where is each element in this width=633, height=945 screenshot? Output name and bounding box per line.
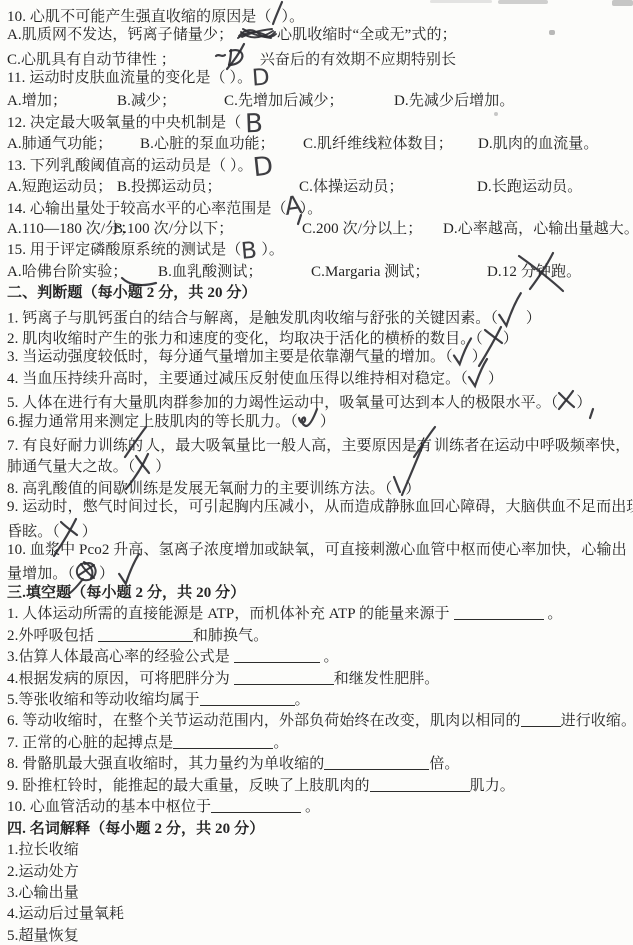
printed-text: 三.填空题（每小题 2 分，共 20 分）	[7, 585, 245, 601]
printed-text: 心肌收缩时“全或无”式的；	[277, 27, 457, 43]
options-row-3: C.心肌具有自动节律性 ；兴奋后的有效期不应期特别长	[0, 47, 633, 68]
option-item: A.哈佛台阶实验；	[7, 262, 127, 282]
judgment-statement-19: 5. 人体在进行有大量肌肉群参加的力竭性运动中，吸氧量可达到本人的极限水平。（）	[0, 390, 633, 411]
scan-artifact	[430, 0, 492, 3]
option-item: B.减少；	[117, 91, 176, 111]
question-stem-8: 13. 下列乳酸阈值高的运动员是（ ）。D	[0, 154, 633, 175]
judgment-statement-25: 昏眩。（ ）	[0, 519, 633, 540]
option-text: D.心率越高，心输出量越大。	[443, 221, 633, 237]
handwritten-cross	[135, 454, 151, 477]
answer-blank	[521, 713, 561, 727]
printed-text: 15. 用于评定磷酸原系统的测试是（	[7, 242, 241, 258]
handwritten-circle-scribble	[75, 561, 99, 584]
printed-text: ）。	[261, 242, 284, 258]
printed-text: 4.运动后过量氧耗	[7, 906, 124, 922]
option-text: C.Margaria 测试；	[311, 264, 430, 280]
option-text: C.200 次/分以上；	[302, 221, 422, 237]
handwritten-cross	[517, 260, 567, 283]
printed-text: 1. 人体运动所需的直接能源是 ATP，而机体补充 ATP 的能量来源于	[7, 606, 454, 622]
printed-text: 14. 心输出量处于较高水平的心率范围是（	[7, 201, 287, 217]
fill-blank-item-37: 9. 卧推杠铃时，能推起的最大重量，反映了上肢肌肉的肌力。	[0, 776, 633, 797]
option-item: D.心率越高，心输出量越大。	[443, 219, 633, 239]
answer-blank	[324, 756, 429, 770]
printed-text: 12. 决定最大吸氧量的中央机制是（	[7, 115, 245, 131]
printed-text: 昏眩。（	[7, 524, 60, 540]
option-text: C.肌纤维线粒体数目；	[303, 136, 453, 152]
judgment-statement-24: 9. 运动时，憋气时间过长，可引起胸内压减小，从而造成静脉血回心障碍，大脑供血不…	[0, 497, 633, 518]
exam-paper-scan: 10. 心肌不可能产生强直收缩的原因是（）。A.肌质网不发达，钙离子储量少； 心…	[0, 0, 633, 945]
printed-text: ）	[151, 459, 170, 475]
judgment-statement-20: 6.握力通常用来测定上肢肌肉的等长肌力。（）	[0, 411, 633, 432]
option-text: B.投掷运动员；	[117, 179, 222, 195]
option-text: A.哈佛台阶实验；	[7, 264, 127, 280]
printed-text: 。	[273, 735, 288, 751]
options-row-9: A.短跑运动员；B.投掷运动员；C.体操运动员；D.长跑运动员。	[0, 176, 633, 197]
fill-blank-item-38: 10. 心血管活动的基本中枢位于 。	[0, 797, 633, 818]
option-item: D.长跑运动员。	[477, 177, 582, 197]
printed-text: 3.心输出量	[7, 885, 79, 901]
option-item: A.肺通气功能；	[7, 134, 112, 154]
printed-text: ）	[488, 371, 503, 387]
printed-text: 进行收缩。	[561, 713, 633, 729]
fill-blank-item-35: 7. 正常的心脏的起搏点是。	[0, 733, 633, 754]
fill-blank-item-31: 3.估算人体最高心率的经验公式是 。	[0, 647, 633, 668]
options-row-7: A.肺通气功能；B.心脏的泵血功能；C.肌纤维线粒体数目；D.肌肉的血流量。	[0, 133, 633, 154]
option-item: A.短跑运动员；	[7, 177, 112, 197]
judgment-statement-17: 3. 当运动强度较低时，每分通气量增加主要是依靠潮气量的增加。（）	[0, 347, 633, 368]
answer-blank	[454, 606, 544, 620]
printed-text: 2.外呼吸包括	[7, 628, 98, 644]
printed-text: ）	[320, 414, 335, 430]
option-item: B.血乳酸测试；	[158, 262, 263, 282]
answer-blank	[200, 692, 295, 706]
judgment-statement-26: 10. 血浆中 Pco2 升高、氢离子浓度增加或缺氧，可直接刺激心血管中枢而使心…	[0, 540, 633, 561]
printed-text: 训练者在运动中呼吸频率快，	[434, 438, 630, 454]
option-text: A.肺通气功能；	[7, 136, 112, 152]
printed-text: 10. 心肌不可能产生强直收缩的原因是（	[7, 9, 272, 25]
fill-blank-item-32: 4.根据发病的原因，可将肥胖分为 和继发性肥胖。	[0, 669, 633, 690]
fill-blank-item-34: 6. 等动收缩时，在整个关节运动范围内，外部负荷始终在改变，肌肉以相同的进行收缩…	[0, 711, 633, 732]
fill-blank-item-36: 8. 骨骼肌最大强直收缩时，其力量约为单收缩的倍。	[0, 754, 633, 775]
question-stem-12: 15. 用于评定磷酸原系统的测试是（B）。	[0, 240, 633, 261]
fill-blank-item-29: 1. 人体运动所需的直接能源是 ATP，而机体补充 ATP 的能量来源于 。	[0, 604, 633, 625]
handwritten-strike	[432, 433, 434, 456]
handwritten-cross	[558, 390, 576, 413]
section-heading-28: 三.填空题（每小题 2 分，共 20 分）	[0, 583, 633, 604]
handwritten-slash	[272, 4, 282, 27]
option-item: B.投掷运动员；	[117, 177, 222, 197]
option-text: B.心脏的泵血功能；	[140, 136, 275, 152]
section-heading-39: 四. 名词解释（每小题 2 分，共 20 分）	[0, 819, 633, 840]
option-text: B.100 次/分以下；	[113, 221, 233, 237]
judgment-statement-23: 8. 高乳酸值的间歇训练是发展无氧耐力的主要训练方法。（）	[0, 476, 633, 497]
answer-blank	[234, 671, 334, 685]
scan-artifact	[498, 0, 548, 4]
option-text: A.短跑运动员；	[7, 179, 112, 195]
option-item: C.肌纤维线粒体数目；	[303, 134, 453, 154]
printed-text: 7. 正常的心脏的起搏点是	[7, 735, 173, 751]
option-item: C.Margaria 测试；	[311, 262, 430, 282]
handwritten-check	[468, 368, 488, 389]
printed-text: 二、判断题（每小题 2 分，共 20 分）	[7, 285, 257, 301]
printed-text: 和肺换气。	[193, 628, 269, 644]
printed-text: 和继发性肥胖。	[334, 671, 440, 687]
answer-blank	[370, 778, 470, 792]
printed-text: 倍。	[429, 756, 459, 772]
option-item: D.12 分钟跑。	[487, 262, 581, 282]
printed-text: 3. 当运动强度较低时，每分通气量增加主要是依靠潮气量的增加。（	[7, 349, 453, 365]
option-text: D.长跑运动员。	[477, 179, 582, 195]
spacer	[176, 63, 216, 64]
printed-text: 10. 心血管活动的基本中枢位于	[7, 799, 211, 815]
answer-blank	[234, 649, 320, 663]
question-stem-4: 11. 运动时皮肤血流量的变化是（ ）。D	[0, 68, 633, 89]
option-item: C.200 次/分以上；	[302, 219, 422, 239]
option-item: A.增加；	[7, 91, 67, 111]
handwritten-letter-d: D	[252, 68, 273, 90]
option-item: C.先增加后减少；	[224, 91, 344, 111]
printed-text: 5. 人体在进行有大量肌肉群参加的力竭性运动中，吸氧量可达到本人的极限水平。（	[7, 395, 558, 411]
printed-text: 兴奋后的有效期不应期特别长	[260, 52, 456, 68]
options-row-5: A.增加；B.减少；C.先增加后减少；D.先减少后增加。	[0, 90, 633, 111]
term-item-42: 3.心输出量	[0, 883, 633, 904]
printed-text: 13. 下列乳酸阈值高的运动员是（ ）。	[7, 158, 253, 174]
question-stem-6: 12. 决定最大吸氧量的中央机制是（ B	[0, 111, 633, 132]
options-row-2: A.肌质网不发达，钙离子储量少； 心肌收缩时“全或无”式的；	[0, 25, 633, 46]
printed-text: C.心肌具有自动节律性 ；	[7, 52, 176, 68]
printed-text: 7. 有良好耐力训练的	[7, 438, 143, 454]
option-item: D.肌肉的血流量。	[478, 134, 598, 154]
printed-text: 。	[301, 799, 320, 815]
printed-text: 2. 肌肉收缩时产生的张力和速度的变化，均取决于活化的横桥的数目。（	[7, 331, 483, 347]
option-item: D.先减少后增加。	[394, 91, 514, 111]
printed-text: 6.握力通常用来测定上肢肌肉的等长肌力。（	[7, 414, 298, 430]
printed-text: 10. 血浆中 Pco2 升高、氢离子浓度增加或缺氧，可直接刺激心血管中枢而使心…	[7, 542, 627, 558]
term-item-41: 2.运动处方	[0, 862, 633, 883]
handwritten-check	[392, 476, 405, 499]
option-text: C.先增加后减少；	[224, 93, 344, 109]
printed-text: 4. 当血压持续升高时，主要通过减压反射使血压得以维持相对稳定。（	[7, 371, 468, 387]
printed-text: ）	[78, 524, 97, 540]
printed-text: 9. 运动时，憋气时间过长，可引起胸内压减小，从而造成静脉血回心障碍，大脑供血不…	[7, 499, 633, 515]
printed-text: 4.根据发病的原因，可将肥胖分为	[7, 671, 234, 687]
option-text: B.血乳酸测试；	[158, 264, 263, 280]
handwritten-strike	[143, 433, 145, 456]
printed-text: A.肌质网不发达，钙离子储量少；	[7, 27, 237, 43]
handwritten-check	[298, 411, 320, 432]
printed-text: ）	[503, 331, 518, 347]
printed-text: 6. 等动收缩时，在整个关节运动范围内，外部负荷始终在改变，肌肉以相同的	[7, 713, 521, 729]
judgment-statement-18: 4. 当血压持续升高时，主要通过减压反射使血压得以维持相对稳定。（）	[0, 368, 633, 389]
scan-artifact	[549, 30, 555, 35]
fill-blank-item-33: 5.等张收缩和等动收缩均属于。	[0, 690, 633, 711]
printed-text: 1.拉长收缩	[7, 842, 79, 858]
question-stem-1: 10. 心肌不可能产生强直收缩的原因是（）。	[0, 4, 633, 25]
option-item: B.心脏的泵血功能；	[140, 134, 275, 154]
section-heading-14: 二、判断题（每小题 2 分，共 20 分）	[0, 283, 633, 304]
printed-text: 5.超量恢复	[7, 928, 79, 944]
printed-text: 。	[320, 649, 339, 665]
handwritten-letter-b: B	[241, 240, 263, 262]
option-text: D.先减少后增加。	[394, 93, 514, 109]
judgment-statement-21: 7. 有良好耐力训练的人，最大吸氧量比一般人高，主要原因是有训练者在运动中呼吸频…	[0, 433, 633, 454]
option-text: B.减少；	[117, 93, 176, 109]
judgment-statement-15: 1. 钙离子与肌钙蛋白的结合与解离，是触发肌肉收缩与舒张的关键因素。（ ）	[0, 304, 633, 325]
option-item: B.100 次/分以下；	[113, 219, 233, 239]
printed-text: 四. 名词解释（每小题 2 分，共 20 分）	[7, 821, 264, 837]
printed-text: 8. 骨骼肌最大强直收缩时，其力量约为单收缩的	[7, 756, 324, 772]
judgment-statement-16: 2. 肌肉收缩时产生的张力和速度的变化，均取决于活化的横桥的数目。（）	[0, 326, 633, 347]
options-row-11: A.110—180 次/分；B.100 次/分以下；C.200 次/分以上；D.…	[0, 218, 633, 239]
printed-text: 2.运动处方	[7, 864, 79, 880]
answer-blank	[211, 799, 301, 813]
printed-text: 1. 钙离子与肌钙蛋白的结合与解离，是触发肌肉收缩与舒张的关键因素。（	[7, 311, 498, 327]
printed-text: 11. 运动时皮肤血流量的变化是（ ）。	[7, 70, 252, 86]
handwritten-cross	[483, 326, 503, 349]
term-item-40: 1.拉长收缩	[0, 840, 633, 861]
term-item-44: 5.超量恢复	[0, 926, 633, 945]
printed-text: ）	[522, 311, 541, 327]
printed-text: 5.等张收缩和等动收缩均属于	[7, 692, 200, 708]
scan-artifact	[612, 0, 633, 6]
printed-text: 量增加。（	[7, 566, 75, 582]
answer-blank	[173, 735, 273, 749]
printed-text: 肌力。	[470, 778, 515, 794]
printed-text: 人，最大吸氧量比一般人高，主要原因是有	[145, 438, 432, 454]
printed-text: 肺通气量大之故。（	[7, 459, 135, 475]
printed-text: ）。	[282, 9, 305, 25]
answer-blank	[98, 628, 193, 642]
printed-text: 8. 高乳酸值的间歇训练是发展无氧耐力的主要训练方法。（	[7, 481, 392, 497]
options-row-13: A.哈佛台阶实验；B.血乳酸测试；C.Margaria 测试；D.12 分钟跑。	[0, 261, 633, 282]
term-item-43: 4.运动后过量氧耗	[0, 904, 633, 925]
option-text: C.体操运动员；	[299, 179, 404, 195]
printed-text: 。	[544, 606, 563, 622]
judgment-statement-22: 肺通气量大之故。（ ）	[0, 454, 633, 475]
option-text: D.肌肉的血流量。	[478, 136, 598, 152]
printed-text: 。	[295, 692, 310, 708]
handwritten-check	[453, 347, 472, 367]
scan-artifact	[494, 112, 498, 116]
judgment-statement-27: 量增加。（）	[0, 561, 633, 582]
fill-blank-item-30: 2.外呼吸包括 和肺换气。	[0, 626, 633, 647]
printed-text: 9. 卧推杠铃时，能推起的最大重量，反映了上肢肌肉的	[7, 778, 370, 794]
option-text: A.增加；	[7, 93, 67, 109]
printed-text: 3.估算人体最高心率的经验公式是	[7, 649, 234, 665]
handwritten-scribble	[237, 25, 277, 45]
question-stem-10: 14. 心输出量处于较高水平的心率范围是（A）。	[0, 197, 633, 218]
handwritten-cross	[60, 519, 78, 542]
option-item: C.体操运动员；	[299, 177, 404, 197]
printed-text: ）	[99, 566, 114, 582]
